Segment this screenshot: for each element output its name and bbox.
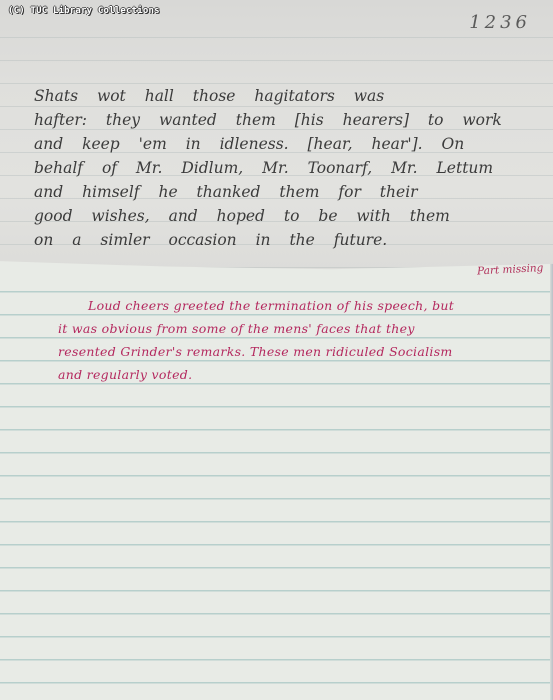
page-number: 1236 xyxy=(469,12,531,33)
slip-line: behalf of Mr. Didlum, Mr. Toonarf, Mr. L… xyxy=(34,156,544,180)
slip-line: good wishes, and hoped to be with them xyxy=(34,204,544,228)
notebook-line: it was obvious from some of the mens' fa… xyxy=(58,317,518,340)
notebook-line: and regularly voted. xyxy=(58,363,518,386)
manuscript-page: (C) TUC Library Collections 1236 Shats w… xyxy=(0,0,553,700)
part-missing-annotation: Part missing xyxy=(476,262,543,277)
slip-line: on a simler occasion in the future. xyxy=(34,228,544,252)
slip-line: and keep 'em in idleness. [hear, hear'].… xyxy=(34,132,544,156)
notebook-line: resented Grinder's remarks. These men ri… xyxy=(58,340,518,363)
slip-line: and himself he thanked them for their xyxy=(34,180,544,204)
notebook-handwriting: Loud cheers greeted the termination of h… xyxy=(58,294,518,386)
copyright-watermark: (C) TUC Library Collections xyxy=(8,6,160,16)
slip-line: hafter: they wanted them [his hearers] t… xyxy=(34,108,544,132)
notebook-line: Loud cheers greeted the termination of h… xyxy=(58,294,518,317)
slip-handwriting: Shats wot hall those hagitators was haft… xyxy=(34,84,544,252)
slip-line: Shats wot hall those hagitators was xyxy=(34,84,544,108)
